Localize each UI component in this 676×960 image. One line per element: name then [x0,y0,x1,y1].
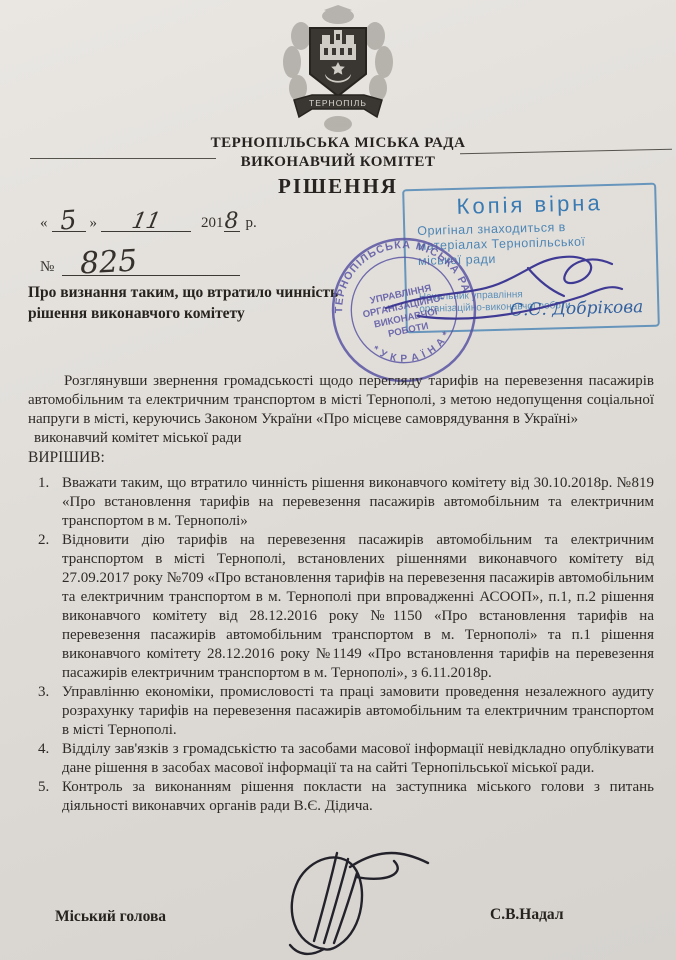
number-blank: 825 [62,248,240,276]
date-row: « 5 » 11 201 8 р. [36,210,257,232]
resolution-item-2-text: Відновити дію тарифів на перевезення пас… [62,532,654,681]
resolved-label: ВИРІШИВ: [28,448,654,467]
committee-line: виконавчий комітет міської ради [28,429,654,448]
signatory-title: Міський голова [55,908,166,926]
copy-stamp-title: Копія вірна [404,189,655,222]
month-blank: 11 [101,210,191,232]
org-name-line2: ВИКОНАВЧИЙ КОМІТЕТ [0,154,676,171]
number-row: № 825 [40,248,240,276]
handwritten-number: 825 [80,250,138,277]
document-body: Розглянувши звернення громадськості щодо… [28,372,654,816]
resolution-item-5: Контроль за виконанням рішення покласти … [36,778,654,816]
preamble-paragraph: Розглянувши звернення громадськості щодо… [28,372,654,429]
year-prefix: 201 [191,215,224,232]
org-name-line1: ТЕРНОПІЛЬСЬКА МІСЬКА РАДА [0,135,676,152]
stamp-pen-signature [378,232,633,337]
resolution-item-4: Відділу зав'язків з громадськістю та зас… [36,740,654,778]
signatory-name: С.В.Надал [490,906,564,924]
resolution-item-4-text: Відділу зав'язків з громадськістю та зас… [62,741,654,776]
resolution-item-1-text: Вважати таким, що втратило чинність ріше… [62,475,654,529]
open-quote: « [36,215,52,232]
handwritten-year-digit: 8 [225,213,239,231]
resolution-item-3: Управлінню економіки, промисловості та п… [36,683,654,740]
ternopil-coat-of-arms: ТЕРНОПІЛЬ [268,4,408,136]
resolution-item-2: Відновити дію тарифів на перевезення пас… [36,531,654,683]
resolution-list: Вважати таким, що втратило чинність ріше… [36,474,654,816]
emblem-ribbon: ТЕРНОПІЛЬ [294,95,382,117]
year-blank: 8 [224,210,240,232]
mayor-pen-signature [238,833,443,960]
resolution-item-1: Вважати таким, що втратило чинність ріше… [36,474,654,531]
handwritten-month: 11 [130,213,162,231]
close-quote: » [86,215,102,232]
resolution-item-3-text: Управлінню економіки, промисловості та п… [62,684,654,738]
day-blank: 5 [52,210,86,232]
emblem-ribbon-label: ТЕРНОПІЛЬ [309,98,367,108]
resolution-item-5-text: Контроль за виконанням рішення покласти … [62,779,654,814]
year-suffix: р. [240,215,257,232]
header-rule-left [30,158,216,159]
number-label: № [40,259,54,276]
handwritten-day: 5 [60,210,78,231]
